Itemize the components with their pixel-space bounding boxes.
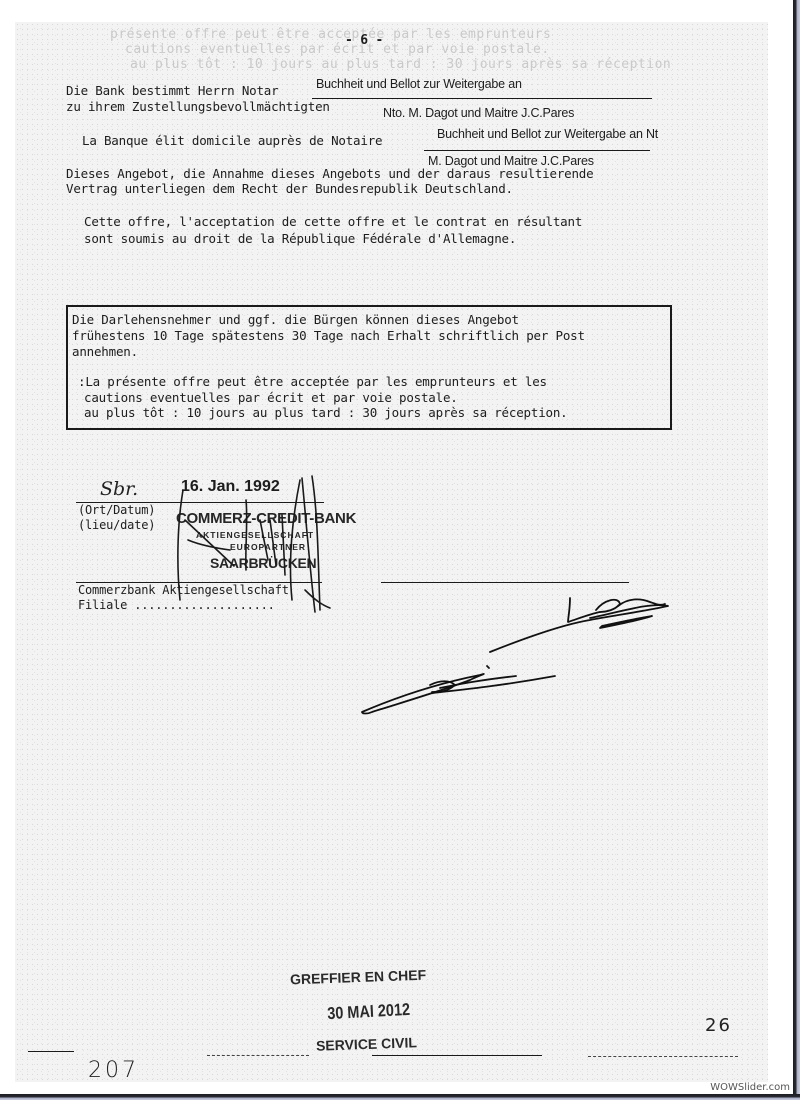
- watermark: WOWSlider.com: [708, 1082, 792, 1093]
- borrower-signatures: [0, 0, 800, 1100]
- bottom-rule: [372, 1055, 542, 1056]
- handwritten-number-207: 207: [88, 1058, 139, 1083]
- handwritten-number-26: 26: [705, 1015, 732, 1036]
- bottom-rule: [207, 1055, 309, 1056]
- bottom-rule: [588, 1056, 738, 1057]
- bottom-rule: [28, 1051, 74, 1052]
